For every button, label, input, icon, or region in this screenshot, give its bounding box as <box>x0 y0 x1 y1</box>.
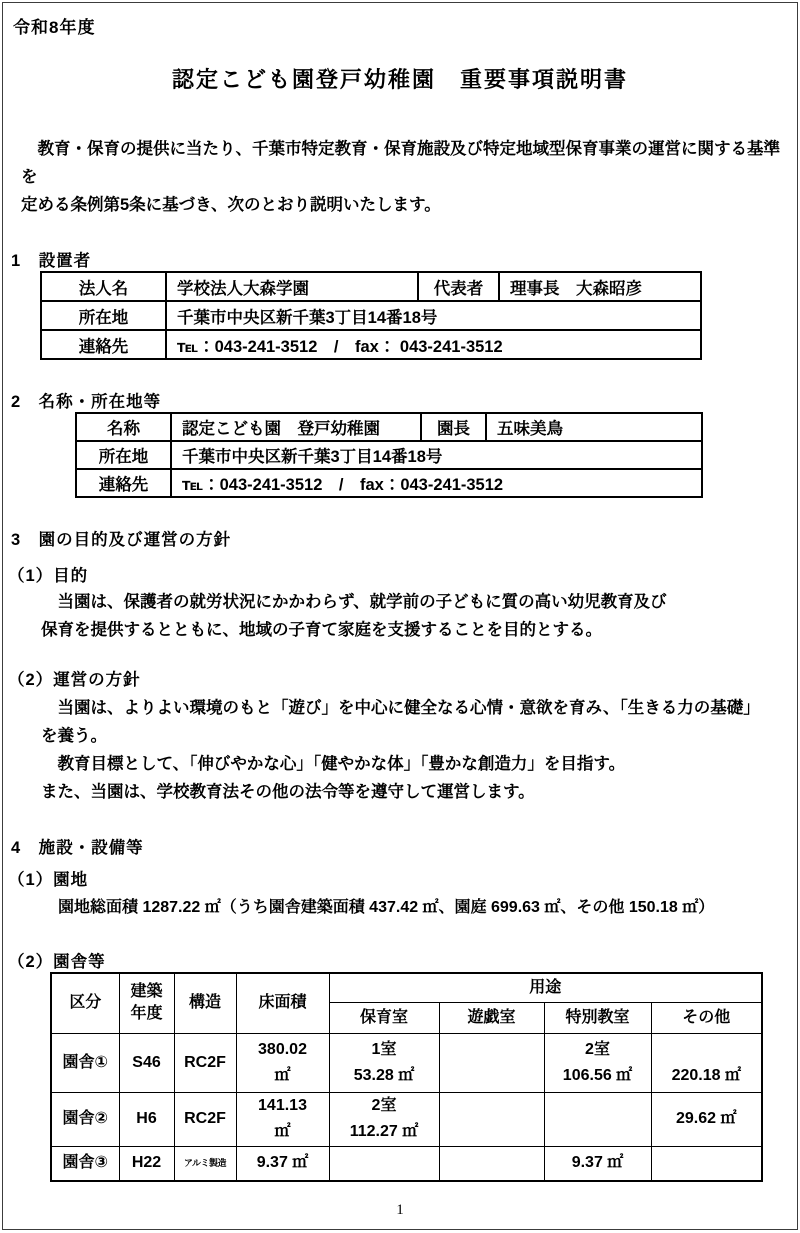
facility-name-table: 名称 認定こども園 登戸幼稚園 園長 五味美鳥 所在地 千葉市中央区新千葉3丁目… <box>75 412 703 498</box>
building-1-special-classroom: 2室 106.56 ㎡ <box>544 1033 651 1092</box>
building-3-other <box>651 1146 762 1181</box>
building-1-year: S46 <box>119 1033 174 1092</box>
column-header-special-classroom: 特別教室 <box>544 1002 651 1033</box>
founder-address-value: 千葉市中央区新千葉3丁目14番18号 <box>166 301 701 330</box>
founder-contact-value: ℡：043-241-3512 / fax： 043-241-3512 <box>166 330 701 359</box>
section-2-heading: 2 名称・所在地等 <box>11 388 797 412</box>
table-row: 法人名 学校法人大森学園 代表者 理事長 大森昭彦 <box>41 272 701 301</box>
section-4-heading: 4 施設・設備等 <box>11 834 797 858</box>
table-row: 園舎③ H22 アルミ製造 9.37 ㎡ 9.37 ㎡ <box>51 1146 762 1181</box>
column-header-usage: 用途 <box>329 973 762 1002</box>
corporation-name-label: 法人名 <box>41 272 166 301</box>
column-header-other: その他 <box>651 1002 762 1033</box>
building-2-special-classroom <box>544 1092 651 1146</box>
section-3-2-heading: （2）運営の方針 <box>8 666 797 690</box>
building-1-play-room <box>439 1033 544 1092</box>
building-3-year: H22 <box>119 1146 174 1181</box>
corporation-name-value: 学校法人大森学園 <box>166 272 418 301</box>
section-1-heading: 1 設置者 <box>11 247 797 271</box>
representative-value: 理事長 大森昭彦 <box>499 272 701 301</box>
building-1-other: 220.18 ㎡ <box>651 1033 762 1092</box>
document-page: 令和8年度 認定こども園登戸幼稚園 重要事項説明書 教育・保育の提供に当たり、千… <box>2 2 798 1230</box>
table-row: 所在地 千葉市中央区新千葉3丁目14番18号 <box>41 301 701 330</box>
intro-line-1: 教育・保育の提供に当たり、千葉市特定教育・保育施設及び特定地域型保育事業の運営に… <box>21 135 783 191</box>
document-title: 認定こども園登戸幼稚園 重要事項説明書 <box>3 63 797 93</box>
building-1-floor-area: 380.02 ㎡ <box>236 1033 329 1092</box>
table-row: 名称 認定こども園 登戸幼稚園 園長 五味美鳥 <box>76 413 702 441</box>
building-2-year: H6 <box>119 1092 174 1146</box>
table-row: 園舎① S46 RC2F 380.02 ㎡ 1室 53.28 ㎡ 2室 106.… <box>51 1033 762 1092</box>
section-4-2-heading: （2）園舎等 <box>8 948 797 972</box>
table-row: 所在地 千葉市中央区新千葉3丁目14番18号 <box>76 441 702 469</box>
building-3-structure: アルミ製造 <box>174 1146 236 1181</box>
founder-contact-label: 連絡先 <box>41 330 166 359</box>
page-number: 1 <box>3 1202 797 1219</box>
building-2-play-room <box>439 1092 544 1146</box>
principal-label: 園長 <box>421 413 486 441</box>
table-row: 連絡先 ℡：043-241-3512 / fax：043-241-3512 <box>76 469 702 497</box>
representative-label: 代表者 <box>418 272 499 301</box>
section-4-1-heading: （1）園地 <box>8 866 797 890</box>
facility-address-label: 所在地 <box>76 441 171 469</box>
section-3-1-heading: （1）目的 <box>8 562 797 586</box>
intro-paragraph: 教育・保育の提供に当たり、千葉市特定教育・保育施設及び特定地域型保育事業の運営に… <box>21 135 783 219</box>
column-header-play-room: 遊戯室 <box>439 1002 544 1033</box>
table-row: 園舎② H6 RC2F 141.13 ㎡ 2室 112.27 ㎡ 29.62 ㎡ <box>51 1092 762 1146</box>
founder-address-label: 所在地 <box>41 301 166 330</box>
intro-line-2: 定める条例第5条に基づき、次のとおり説明いたします。 <box>21 191 783 219</box>
table-row: 連絡先 ℡：043-241-3512 / fax： 043-241-3512 <box>41 330 701 359</box>
building-table: 区分 建築 年度 構造 床面積 用途 保育室 遊戯室 特別教室 その他 園舎① … <box>50 972 763 1182</box>
purpose-paragraph: 当園は、保護者の就労状況にかかわらず、就学前の子どもに質の高い幼児教育及び 保育… <box>41 588 777 644</box>
column-header-floor-area: 床面積 <box>236 973 329 1033</box>
building-3-special-classroom: 9.37 ㎡ <box>544 1146 651 1181</box>
founder-table: 法人名 学校法人大森学園 代表者 理事長 大森昭彦 所在地 千葉市中央区新千葉3… <box>40 271 702 360</box>
building-1-kubun: 園舎① <box>51 1033 119 1092</box>
building-2-other: 29.62 ㎡ <box>651 1092 762 1146</box>
facility-contact-value: ℡：043-241-3512 / fax：043-241-3512 <box>171 469 702 497</box>
building-2-nursery-room: 2室 112.27 ㎡ <box>329 1092 439 1146</box>
principal-value: 五味美鳥 <box>486 413 702 441</box>
building-3-play-room <box>439 1146 544 1181</box>
building-2-kubun: 園舎② <box>51 1092 119 1146</box>
building-2-floor-area: 141.13 ㎡ <box>236 1092 329 1146</box>
land-area-text: 園地総面積 1287.22 ㎡（うち園舎建築面積 437.42 ㎡、園庭 699… <box>58 894 797 918</box>
building-1-nursery-room: 1室 53.28 ㎡ <box>329 1033 439 1092</box>
building-2-structure: RC2F <box>174 1092 236 1146</box>
building-3-floor-area: 9.37 ㎡ <box>236 1146 329 1181</box>
column-header-year: 建築 年度 <box>119 973 174 1033</box>
building-1-structure: RC2F <box>174 1033 236 1092</box>
policy-paragraph: 当園は、よりよい環境のもと「遊び」を中心に健全なる心情・意欲を育み、「生きる力の… <box>41 694 777 806</box>
facility-address-value: 千葉市中央区新千葉3丁目14番18号 <box>171 441 702 469</box>
fiscal-year-label: 令和8年度 <box>13 13 797 35</box>
column-header-structure: 構造 <box>174 973 236 1033</box>
building-3-nursery-room <box>329 1146 439 1181</box>
column-header-kubun: 区分 <box>51 973 119 1033</box>
building-3-kubun: 園舎③ <box>51 1146 119 1181</box>
column-header-nursery-room: 保育室 <box>329 1002 439 1033</box>
facility-name-value: 認定こども園 登戸幼稚園 <box>171 413 421 441</box>
table-header-row: 区分 建築 年度 構造 床面積 用途 <box>51 973 762 1002</box>
section-3-heading: 3 園の目的及び運営の方針 <box>11 526 797 550</box>
facility-name-label: 名称 <box>76 413 171 441</box>
facility-contact-label: 連絡先 <box>76 469 171 497</box>
